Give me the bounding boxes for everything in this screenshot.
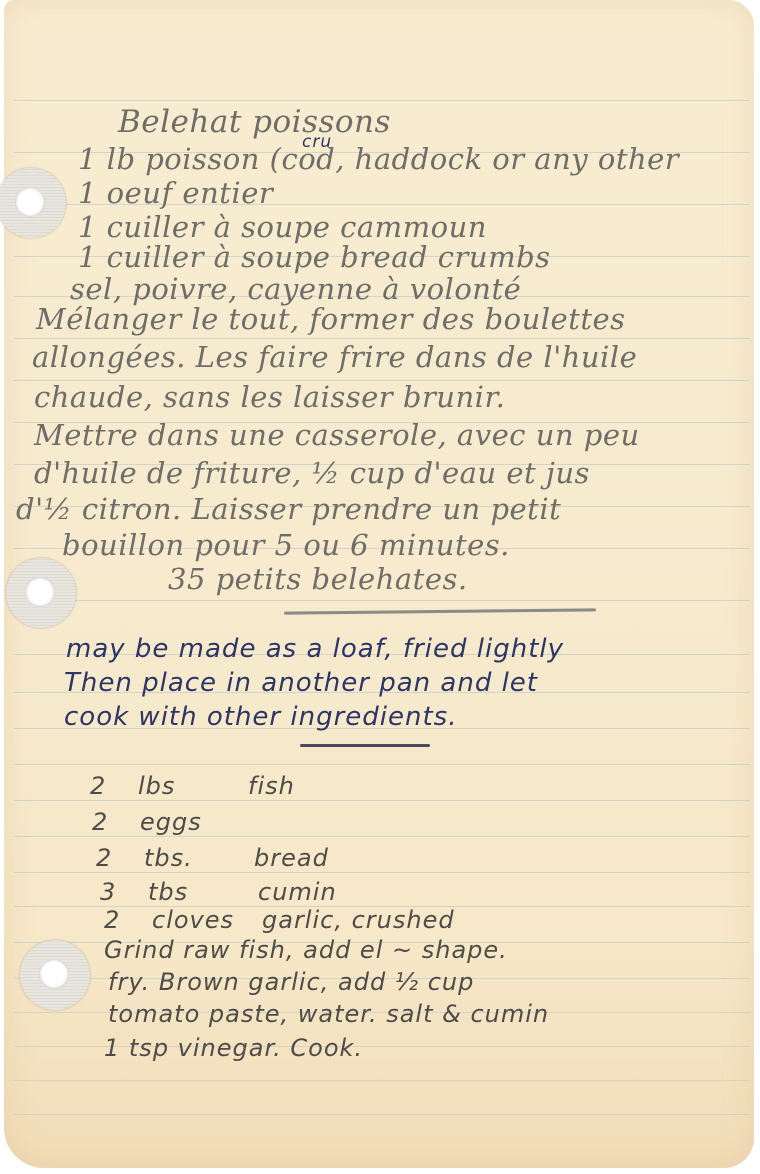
ingredient-unit: tbs. bbox=[144, 844, 254, 872]
instruction-line: 1 tsp vinegar. Cook. bbox=[104, 1034, 363, 1062]
ingredient-item: eggs bbox=[140, 808, 202, 836]
ingredient-item: bread bbox=[254, 844, 329, 872]
ingredient-qty: 2 bbox=[92, 808, 140, 836]
ingredient-qty: 2 bbox=[90, 772, 138, 800]
ruled-line bbox=[14, 836, 750, 837]
ruled-line bbox=[14, 800, 750, 801]
ingredient-unit: tbs bbox=[148, 878, 258, 906]
recipe-line: 1 lb poisson (cod, haddock or any other bbox=[78, 142, 679, 176]
recipe-line: chaude, sans les laisser brunir. bbox=[34, 380, 505, 414]
ruled-line bbox=[14, 600, 750, 601]
recipe-line: 1 cuiller à soupe cammoun bbox=[78, 210, 487, 244]
note-line: cook with other ingredients. bbox=[64, 702, 458, 732]
binder-hole-reinforcement bbox=[6, 558, 76, 628]
ruled-line bbox=[14, 100, 750, 101]
ingredient-row: 2tbs.bread bbox=[96, 844, 329, 872]
ingredient-row: 2lbsfish bbox=[90, 772, 295, 800]
recipe-line: bouillon pour 5 ou 6 minutes. bbox=[62, 528, 510, 562]
section-divider bbox=[300, 744, 430, 747]
ingredient-unit: lbs bbox=[138, 772, 248, 800]
ingredient-item: fish bbox=[248, 772, 295, 800]
ingredient-qty: 2 bbox=[96, 844, 144, 872]
ruled-line bbox=[14, 1080, 750, 1081]
instruction-line: Grind raw fish, add el ~ shape. bbox=[104, 936, 508, 964]
recipe-line: Mettre dans une casserole, avec un peu bbox=[34, 418, 640, 452]
instruction-line: fry. Brown garlic, add ½ cup bbox=[108, 968, 474, 996]
ruled-line bbox=[14, 764, 750, 765]
note-line: Then place in another pan and let bbox=[64, 668, 538, 698]
recipe-line: d'huile de friture, ½ cup d'eau et jus bbox=[34, 456, 590, 490]
ruled-line bbox=[14, 338, 750, 339]
ingredient-row: 2eggs bbox=[92, 808, 202, 836]
ingredient-unit: cloves bbox=[152, 906, 262, 934]
recipe-line: d'½ citron. Laisser prendre un petit bbox=[16, 492, 561, 526]
ingredient-row: 2clovesgarlic, crushed bbox=[104, 906, 455, 934]
recipe-line: allongées. Les faire frire dans de l'hui… bbox=[32, 340, 637, 374]
ingredient-item: garlic, crushed bbox=[262, 906, 455, 934]
ingredient-qty: 3 bbox=[100, 878, 148, 906]
recipe-line: 1 cuiller à soupe bread crumbs bbox=[78, 240, 551, 274]
recipe-yield: 35 petits belehates. bbox=[168, 562, 468, 596]
note-line: may be made as a loaf, fried lightly bbox=[66, 634, 564, 664]
ingredient-item: cumin bbox=[258, 878, 337, 906]
ruled-line bbox=[14, 872, 750, 873]
ruled-line bbox=[14, 1114, 750, 1115]
recipe-line: sel, poivre, cayenne à volonté bbox=[70, 272, 521, 306]
ingredient-row: 3tbscumin bbox=[100, 878, 337, 906]
binder-hole-reinforcement bbox=[20, 940, 90, 1010]
recipe-title: Belehat poissons bbox=[118, 104, 391, 140]
recipe-line: Mélanger le tout, former des boulettes bbox=[36, 302, 626, 336]
ingredient-qty: 2 bbox=[104, 906, 152, 934]
instruction-line: tomato paste, water. salt & cumin bbox=[108, 1000, 549, 1028]
recipe-line: 1 oeuf entier bbox=[78, 176, 273, 210]
